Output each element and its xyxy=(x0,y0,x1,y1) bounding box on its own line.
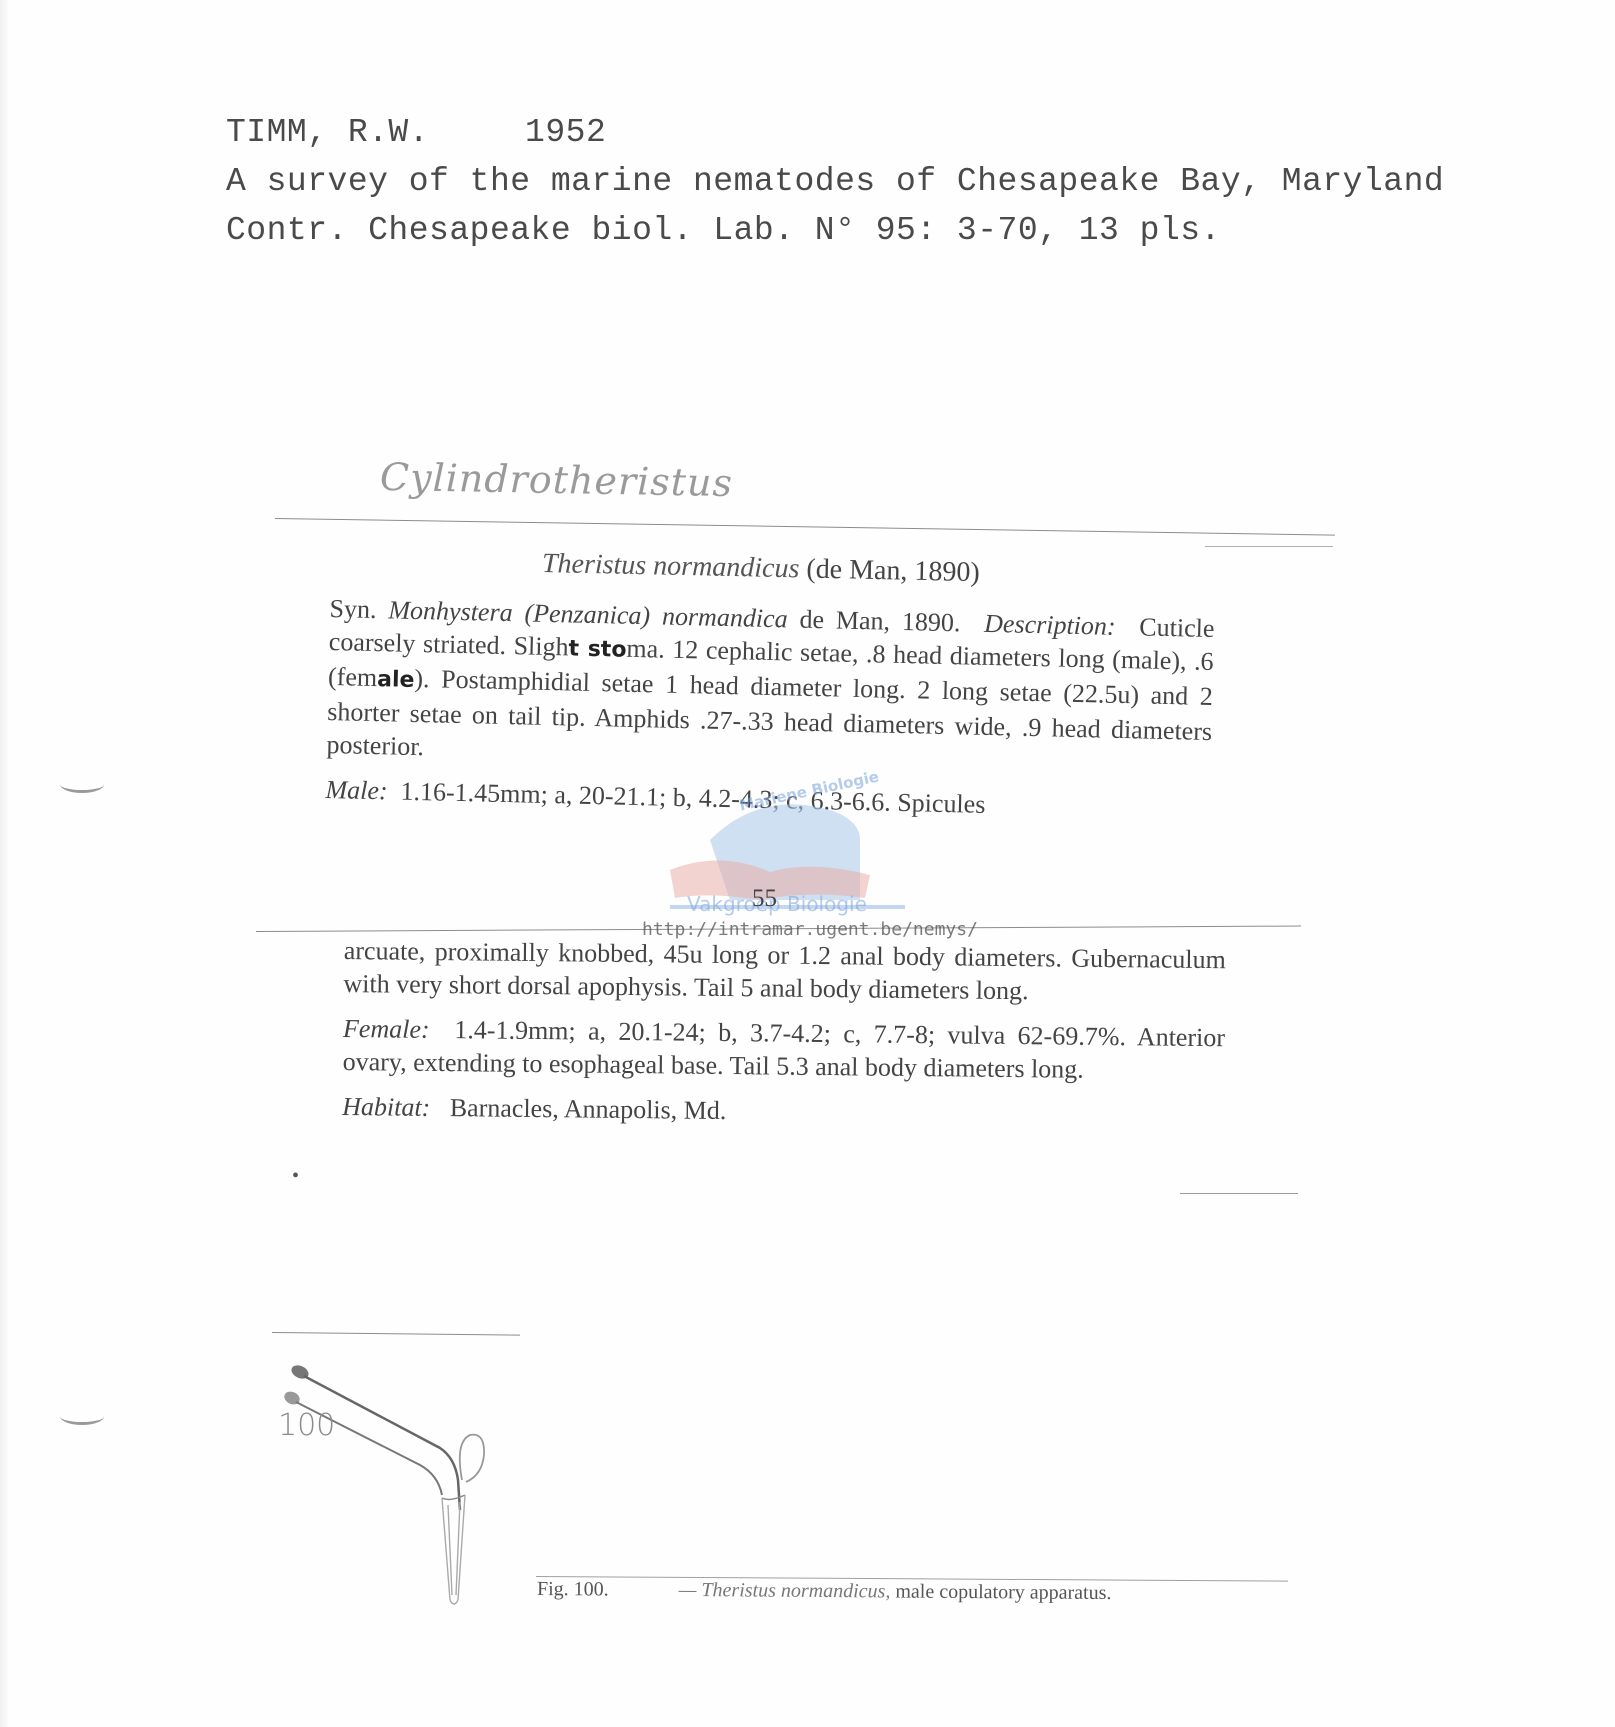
male-label: Male: xyxy=(325,775,388,805)
citation-title: A survey of the marine nematodes of Ches… xyxy=(226,163,1444,200)
citation-header: TIMM, R.W.1952 A survey of the marine ne… xyxy=(226,108,1444,255)
figure-caption: Fig. 100.— Theristus normandicus, male c… xyxy=(537,1578,1112,1605)
description-label: Description: xyxy=(984,609,1116,641)
figure-handwritten-number: 100 xyxy=(278,1408,335,1443)
citation-source: Contr. Chesapeake biol. Lab. N° 95: 3-70… xyxy=(226,212,1221,249)
male-text: 1.16-1.45mm; a, 20-21.1; b, 4.2-4.3; c, … xyxy=(400,777,985,819)
description-block: Syn. Monhystera (Penzanica) normandica d… xyxy=(325,592,1215,826)
continued-block: arcuate, proximally knobbed, 45u long or… xyxy=(342,934,1226,1132)
description-paragraph: Syn. Monhystera (Penzanica) normandica d… xyxy=(326,592,1215,781)
description-text: ). Postamphidial setae 1 head diameter l… xyxy=(326,664,1213,761)
spicule-illustration xyxy=(270,1330,530,1610)
figure-caption-text: male copulatory apparatus. xyxy=(895,1581,1111,1605)
habitat-label: Habitat: xyxy=(342,1092,430,1122)
male-measurements: Male: 1.16-1.45mm; a, 20-21.1; b, 4.2-4.… xyxy=(325,773,1211,826)
figure-caption-species: — Theristus normandicus, xyxy=(679,1579,891,1602)
synonym-species: normandica xyxy=(662,602,788,634)
species-heading: Theristus normandicus (de Man, 1890) xyxy=(542,548,980,589)
habitat-text: Barnacles, Annapolis, Md. xyxy=(450,1093,727,1125)
punch-hole-mark xyxy=(60,776,104,793)
synonym-subgenus: (Penzanica) xyxy=(524,598,650,630)
citation-author: TIMM, R.W. xyxy=(226,114,429,151)
female-measurements: Female: 1.4-1.9mm; a, 20.1-24; b, 3.7-4.… xyxy=(342,1012,1225,1087)
synonymy-prefix: Syn. xyxy=(329,594,377,624)
punch-hole-mark xyxy=(60,1408,104,1425)
margin-dot: • xyxy=(292,1165,299,1188)
female-text: 1.4-1.9mm; a, 20.1-24; b, 3.7-4.2; c, 7.… xyxy=(343,1015,1226,1084)
page-number: 55 xyxy=(752,885,777,913)
species-name: Theristus normandicus xyxy=(542,548,800,584)
male-continued: arcuate, proximally knobbed, 45u long or… xyxy=(343,934,1226,1009)
page-edge-shadow xyxy=(0,0,8,1727)
female-label: Female: xyxy=(343,1014,430,1044)
figure-number: Fig. 100. xyxy=(537,1578,609,1601)
synonym-genus: Monhystera xyxy=(388,595,513,627)
citation-year: 1952 xyxy=(525,114,606,151)
handwritten-correction: ale xyxy=(377,667,415,693)
handwritten-genus-note: Cylindrotheristus xyxy=(380,455,734,505)
handwritten-correction: t sto xyxy=(568,636,627,662)
scanned-page: TIMM, R.W.1952 A survey of the marine ne… xyxy=(0,0,1615,1727)
synonym-authority: de Man, 1890. xyxy=(799,605,961,638)
clipping-top-rule xyxy=(275,518,1335,536)
clipping-bottom-rule-right xyxy=(1180,1193,1298,1194)
species-authority: (de Man, 1890) xyxy=(806,554,980,589)
figure-spicule-drawing: 100 xyxy=(270,1330,530,1610)
habitat-line: Habitat: Barnacles, Annapolis, Md. xyxy=(342,1090,1224,1132)
clipping-top-rule-right xyxy=(1205,546,1333,547)
